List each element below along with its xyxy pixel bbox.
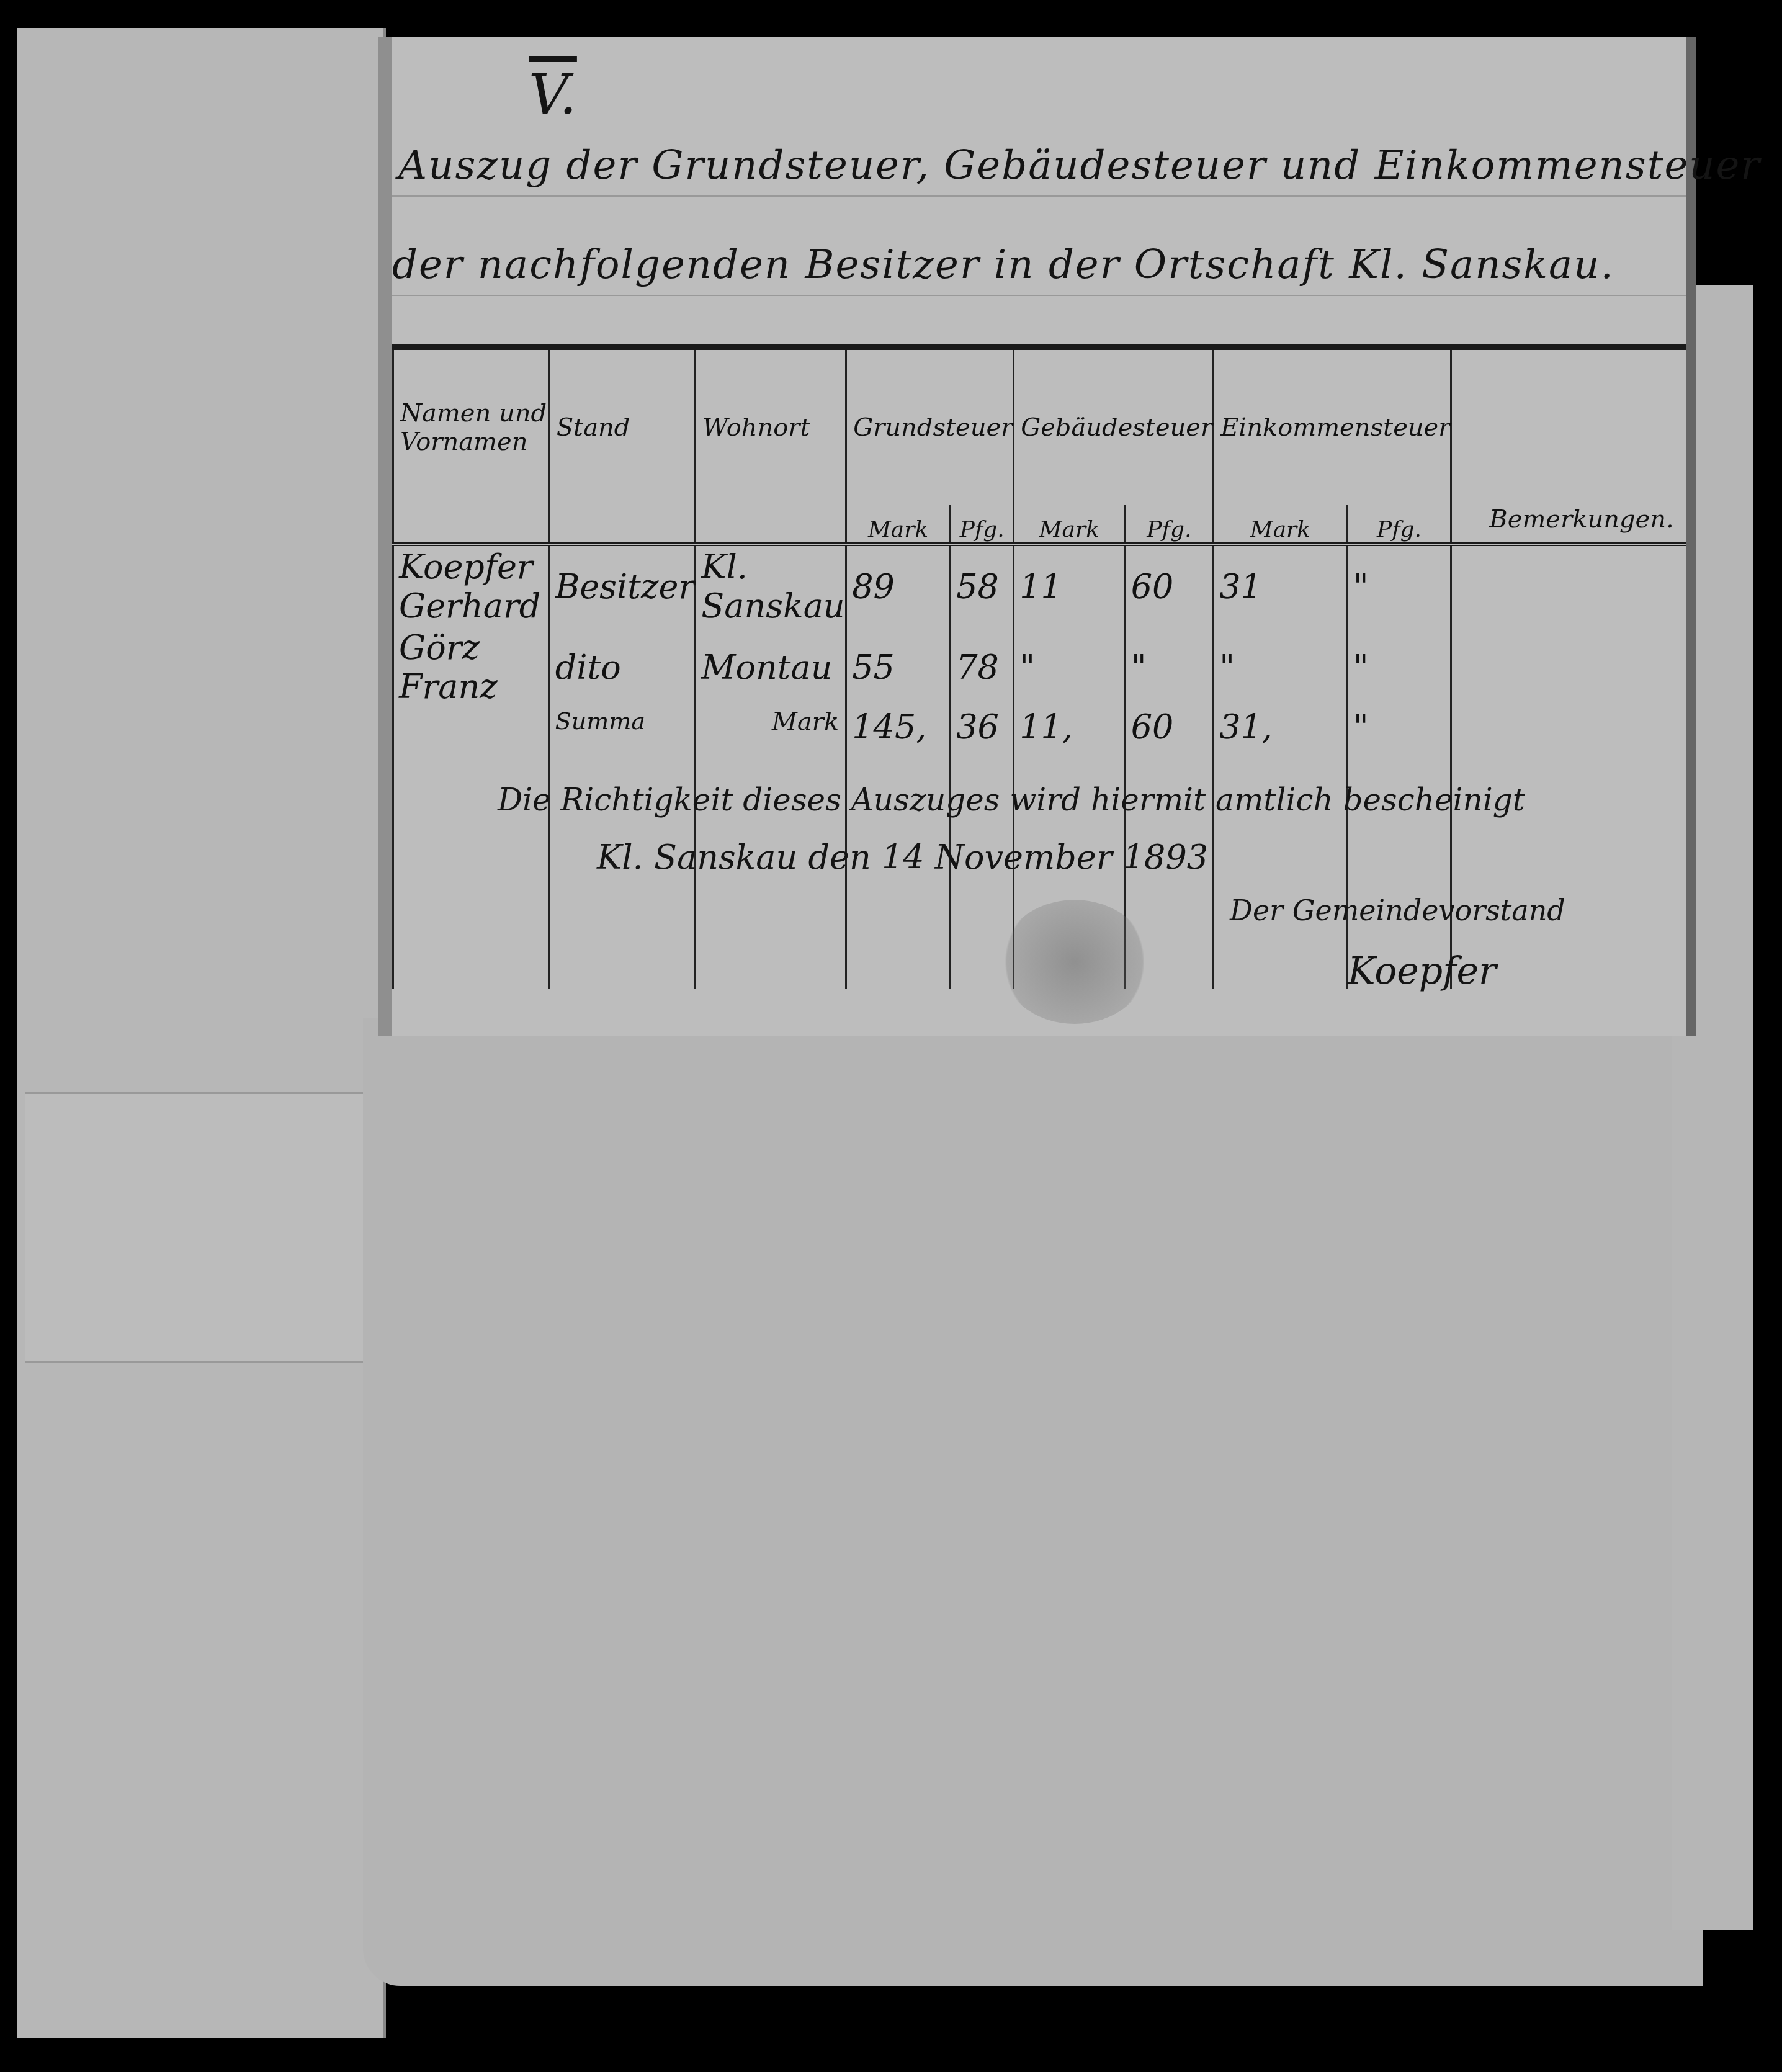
cell-wohnort: Kl. Sanskau (696, 544, 846, 627)
ruled-line (392, 295, 1686, 296)
cell-name: Koepfer Gerhard (393, 544, 550, 627)
ruled-line (392, 195, 1686, 197)
cell-stand: Besitzer (549, 544, 696, 627)
unit-pfg: Pfg. (951, 505, 1014, 544)
spacer (393, 707, 550, 747)
unit-mark: Mark (846, 505, 951, 544)
header-stand: Stand (549, 348, 696, 506)
table-row: Görz Franz dito Montau 55 78 " " " " (393, 627, 1686, 707)
document-title-line-2: der nachfolgenden Besitzer in der Ortsch… (392, 242, 1614, 288)
cell-grund-pfg: 58 (951, 544, 1014, 627)
cell-grund-mark: 55 (846, 627, 951, 707)
header-einkommensteuer: Einkommensteuer (1214, 348, 1451, 506)
unit-spacer (393, 505, 550, 544)
tax-extract-page: V. Auszug der Grundsteuer, Gebäudesteuer… (378, 37, 1696, 1036)
header-grundsteuer: Grundsteuer (846, 348, 1014, 506)
header-name: Namen und Vornamen (393, 348, 550, 506)
cell-geb-pfg: 60 (1125, 544, 1214, 627)
lower-blank-page (363, 1018, 1703, 1986)
folded-page-edge (25, 1092, 378, 1363)
tax-table: Namen und Vornamen Stand Wohnort Grundst… (392, 344, 1686, 989)
section-number: V. (529, 62, 577, 127)
summe-unit: Mark (696, 707, 846, 747)
summe-eink-mark: 31, (1214, 707, 1348, 747)
cell-grund-pfg: 78 (951, 627, 1014, 707)
header-wohnort: Wohnort (696, 348, 846, 506)
header-bemerkungen: Bemerkungen. (1451, 348, 1686, 545)
unit-spacer (696, 505, 846, 544)
cell-grund-mark: 89 (846, 544, 951, 627)
cell-name: Görz Franz (393, 627, 550, 707)
unit-spacer (549, 505, 696, 544)
cell-stand: dito (549, 627, 696, 707)
unit-pfg: Pfg. (1125, 505, 1214, 544)
cell-bemerkungen (1451, 627, 1686, 707)
unit-pfg: Pfg. (1347, 505, 1451, 544)
unit-mark: Mark (1014, 505, 1125, 544)
header-gebaeudesteuer: Gebäudesteuer (1014, 348, 1214, 506)
cell-eink-mark: " (1214, 627, 1348, 707)
summary-row: Summa Mark 145, 36 11, 60 31, " (393, 707, 1686, 747)
cell-wohnort: Montau (696, 627, 846, 707)
office-title: Der Gemeindevorstand (1230, 894, 1565, 927)
cell-eink-mark: 31 (1214, 544, 1348, 627)
spacer (1451, 707, 1686, 747)
cell-bemerkungen (1451, 544, 1686, 627)
document-title-line-1: Auszug der Grundsteuer, Gebäudesteuer un… (398, 143, 1761, 189)
cell-geb-mark: " (1014, 627, 1125, 707)
official-seal-stamp (1000, 900, 1149, 1024)
signature: Koepfer (1348, 949, 1497, 993)
cell-eink-pfg: " (1347, 627, 1451, 707)
summe-label: Summa (549, 707, 696, 747)
summe-geb-mark: 11, (1014, 707, 1125, 747)
summe-grund-mark: 145, (846, 707, 951, 747)
cell-eink-pfg: " (1347, 544, 1451, 627)
unit-mark: Mark (1214, 505, 1348, 544)
table-row: Koepfer Gerhard Besitzer Kl. Sanskau 89 … (393, 544, 1686, 627)
summe-eink-pfg: " (1347, 707, 1451, 747)
left-page-margin (17, 28, 386, 2038)
certification-text: Die Richtigkeit dieses Auszuges wird hie… (498, 782, 1525, 818)
cell-geb-mark: 11 (1014, 544, 1125, 627)
summe-geb-pfg: 60 (1125, 707, 1214, 747)
cell-geb-pfg: " (1125, 627, 1214, 707)
place-and-date: Kl. Sanskau den 14 November 1893 (597, 838, 1208, 877)
summe-grund-pfg: 36 (951, 707, 1014, 747)
